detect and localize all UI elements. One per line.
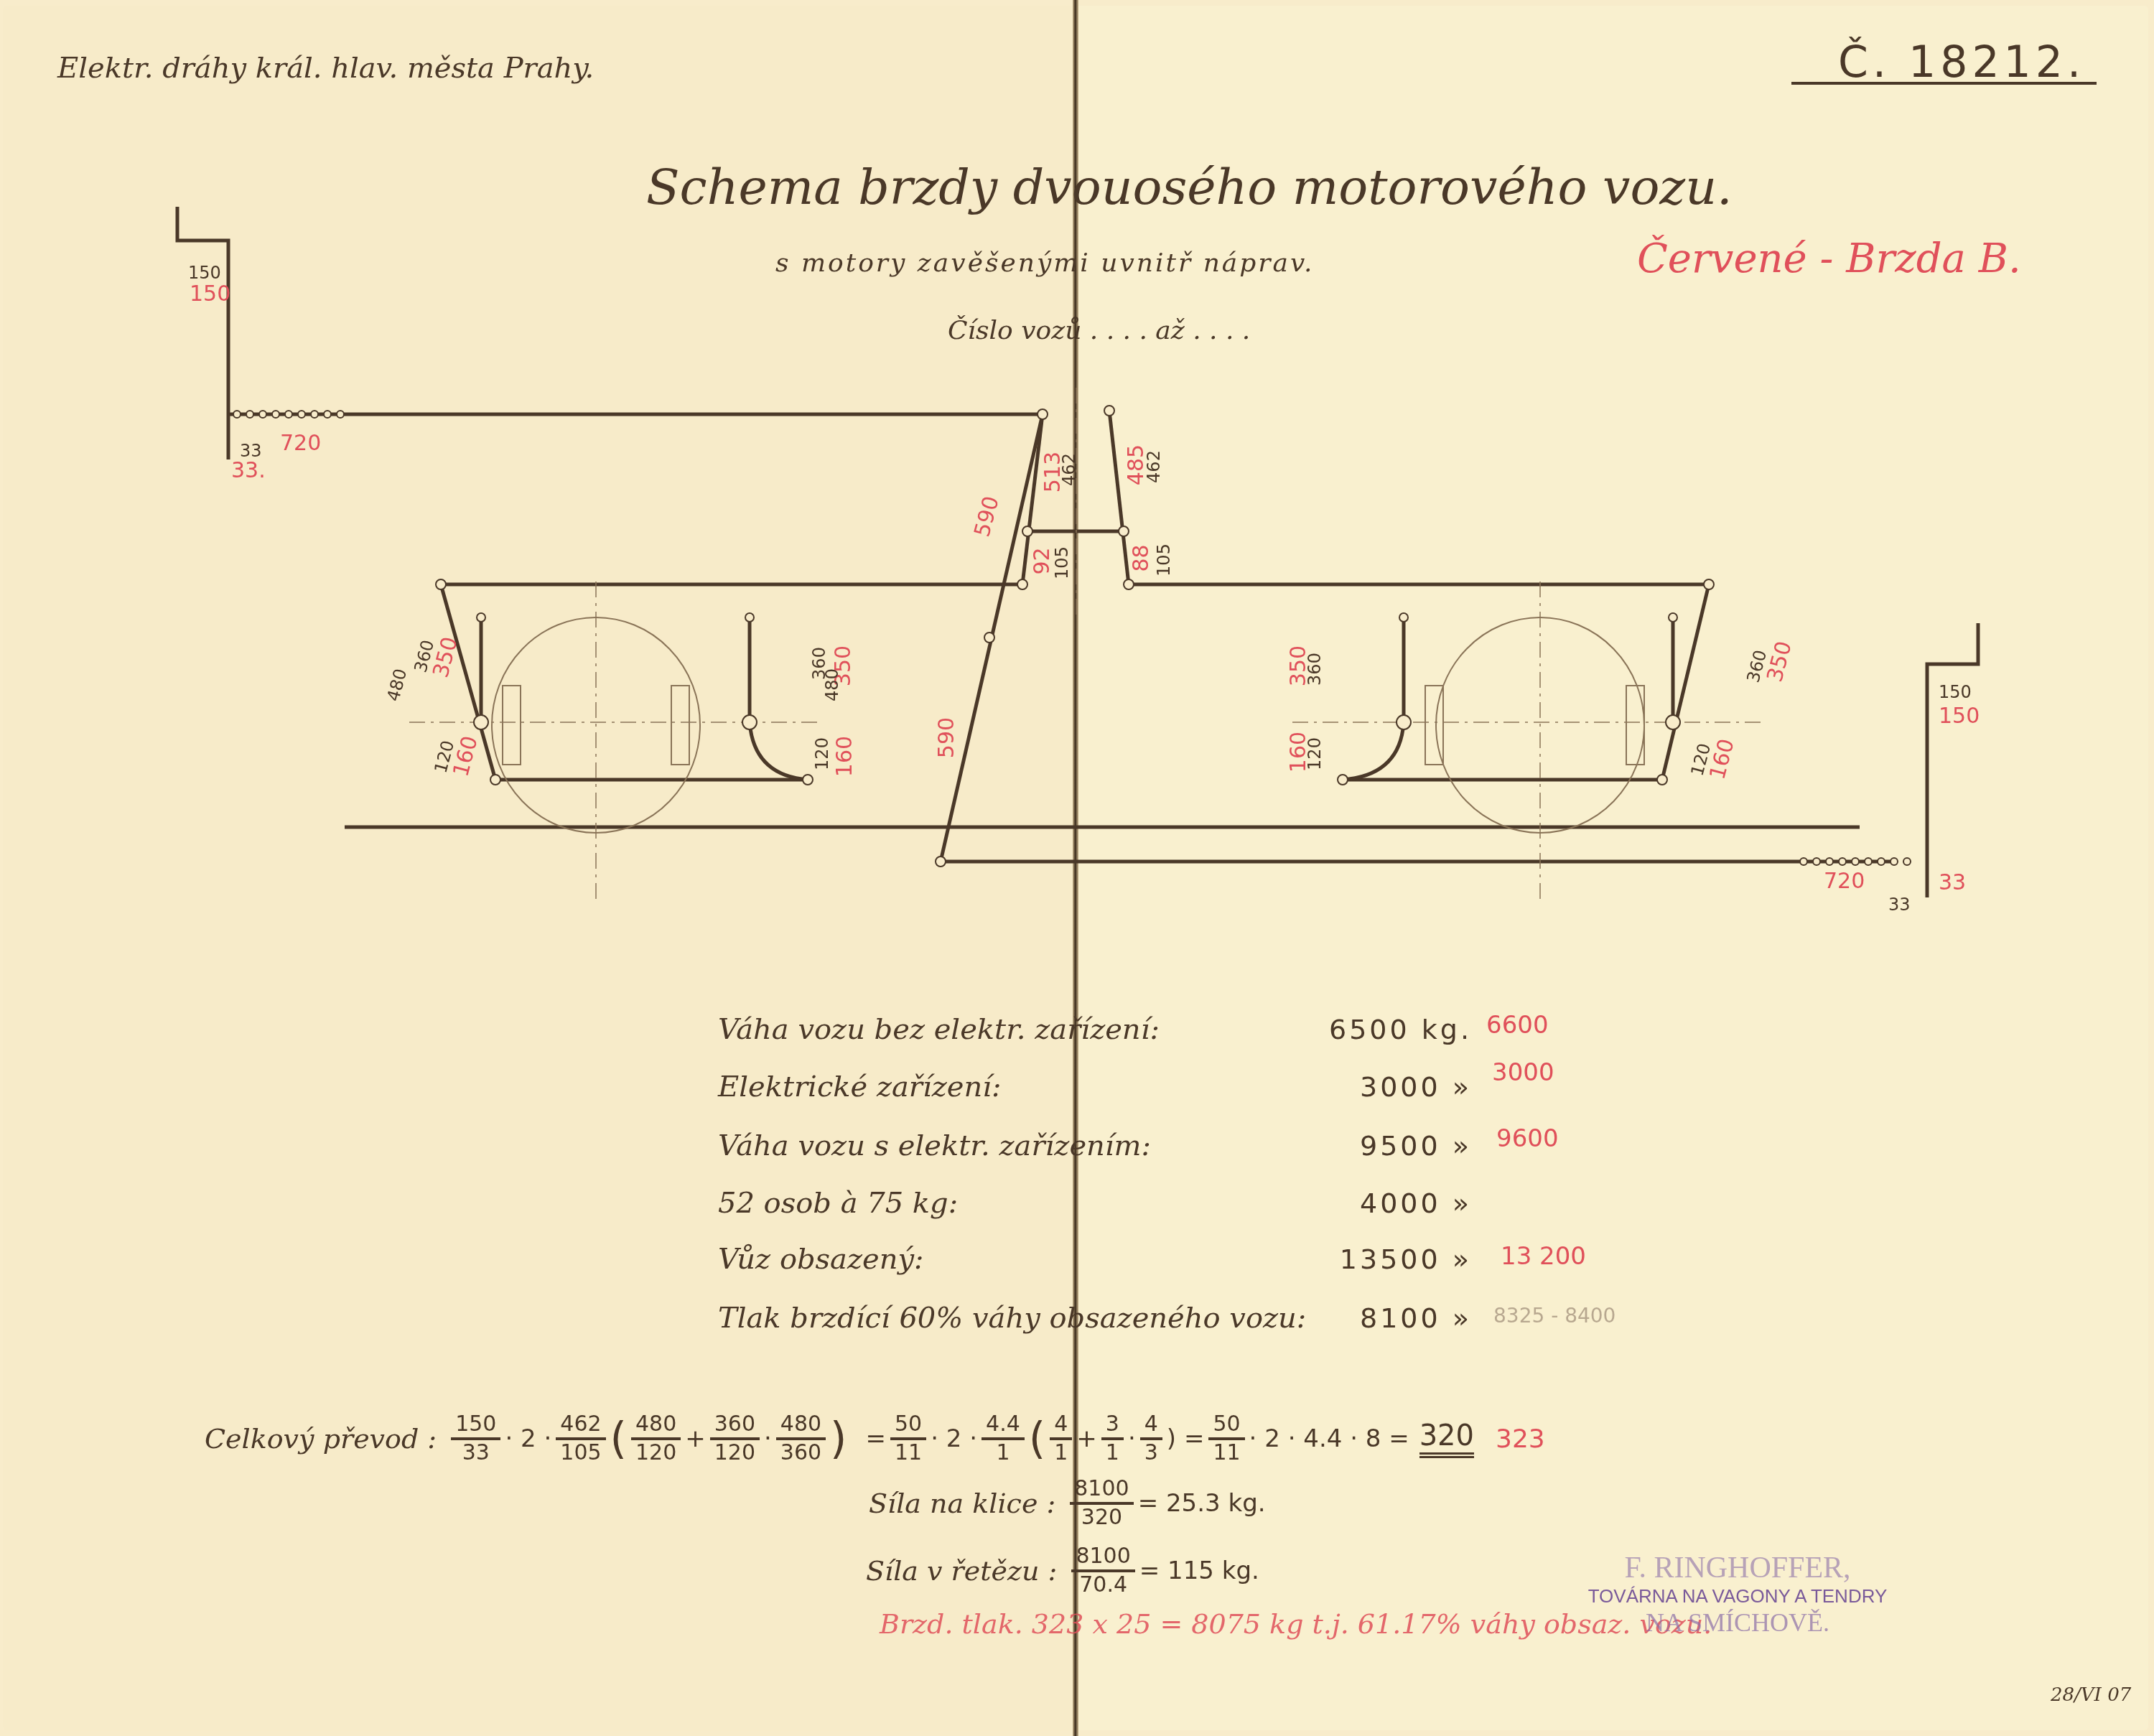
fraction: 810070.4 bbox=[1071, 1544, 1134, 1598]
weight-red-correction: 9600 bbox=[1496, 1124, 1559, 1153]
stamp-line-2: TOVÁRNA NA VAGONY A TENDRY bbox=[1551, 1585, 1924, 1607]
weight-row: Vůz obsazený:13500 » bbox=[718, 1238, 1472, 1281]
chain-force-equation: Síla v řetězu : 810070.4 = 115 kg. bbox=[866, 1544, 1259, 1598]
dim-left-lever: 150 bbox=[188, 263, 221, 283]
chain-force-result: = 115 kg. bbox=[1139, 1557, 1259, 1585]
dim-left-inner-total: 480 bbox=[822, 668, 842, 701]
stamp-line-1: F. RINGHOFFER, bbox=[1551, 1551, 1924, 1585]
fraction: 462105 bbox=[556, 1411, 605, 1466]
fraction: 480360 bbox=[776, 1411, 826, 1466]
weight-label: Elektrické zařízení: bbox=[718, 1070, 1002, 1103]
weight-value: 3000 » bbox=[1360, 1071, 1472, 1103]
dim-center-left-lower: 105 bbox=[1052, 546, 1072, 579]
fraction: 31 bbox=[1101, 1411, 1124, 1466]
dim-long-rod-red: 590 bbox=[934, 717, 959, 758]
dim-center-right-lower-red: 88 bbox=[1129, 544, 1154, 571]
weight-value: 8100 » bbox=[1360, 1302, 1472, 1334]
weight-red-correction: 13 200 bbox=[1501, 1242, 1586, 1271]
weight-row: Tlak brzdící 60% váhy obsazeného vozu:81… bbox=[718, 1297, 1472, 1340]
weight-label: Vůz obsazený: bbox=[718, 1243, 924, 1276]
total-ratio-red: 323 bbox=[1496, 1424, 1545, 1454]
dim-center-right-upper: 462 bbox=[1144, 450, 1164, 483]
weight-row: 52 osob à 75 kg:4000 » bbox=[718, 1182, 1472, 1225]
weight-row: Váha vozu bez elektr. zařízení:6500 kg. bbox=[718, 1008, 1472, 1051]
operator: ) bbox=[830, 1414, 847, 1464]
operator: · 2 · bbox=[505, 1424, 551, 1453]
fraction: 360120 bbox=[710, 1411, 760, 1466]
fraction: 5011 bbox=[1208, 1411, 1244, 1466]
total-ratio-result: 320 bbox=[1419, 1419, 1474, 1458]
dim-right-lever-red: 150 bbox=[1939, 704, 1980, 729]
dim-left-chain-offset-red: 33. bbox=[231, 458, 266, 483]
handle-force-result: = 25.3 kg. bbox=[1138, 1489, 1266, 1518]
weight-pencil-correction: 8325 - 8400 bbox=[1493, 1304, 1615, 1327]
dim-right-inner-upper: 360 bbox=[1305, 653, 1325, 686]
dim-left-inner-lower-red: 160 bbox=[832, 736, 857, 777]
manufacturer-stamp: F. RINGHOFFER, TOVÁRNA NA VAGONY A TENDR… bbox=[1551, 1551, 1924, 1638]
fraction: 480120 bbox=[631, 1411, 681, 1466]
weight-value: 4000 » bbox=[1360, 1187, 1472, 1219]
drawing-sheet: Elektr. dráhy král. hlav. města Prahy. Č… bbox=[0, 0, 2154, 1736]
stamp-line-3: NA SMÍCHOVĚ. bbox=[1551, 1607, 1924, 1638]
operator: ( bbox=[1029, 1414, 1045, 1464]
dim-center-right-lower: 105 bbox=[1154, 543, 1174, 577]
weight-label: Váha vozu bez elektr. zařízení: bbox=[718, 1013, 1160, 1046]
weight-value: 6500 kg. bbox=[1329, 1014, 1472, 1045]
fraction: 15033 bbox=[451, 1411, 500, 1466]
handle-force-equation: Síla na klice : 8100320 = 25.3 kg. bbox=[869, 1476, 1266, 1531]
fraction: 8100320 bbox=[1070, 1476, 1133, 1531]
operator: · 2 · bbox=[931, 1424, 977, 1453]
fraction: 41 bbox=[1050, 1411, 1072, 1466]
left-hand-lever bbox=[177, 207, 228, 459]
dim-left-chain-length-red: 720 bbox=[280, 431, 321, 456]
operator: = bbox=[866, 1424, 887, 1453]
dim-left-lever-red: 150 bbox=[190, 281, 230, 307]
dim-right-chain-length-red: 720 bbox=[1824, 869, 1865, 894]
weight-label: Váha vozu s elektr. zařízením: bbox=[718, 1129, 1151, 1162]
operator: ( bbox=[610, 1414, 627, 1464]
weight-value: 9500 » bbox=[1360, 1130, 1472, 1162]
weight-red-correction: 3000 bbox=[1492, 1058, 1554, 1087]
fraction: 4.41 bbox=[982, 1411, 1025, 1466]
chain-force-label: Síla v řetězu : bbox=[866, 1555, 1057, 1587]
fraction: 43 bbox=[1140, 1411, 1162, 1466]
weight-value: 13500 » bbox=[1340, 1243, 1472, 1275]
weight-row: Váha vozu s elektr. zařízením:9500 » bbox=[718, 1124, 1472, 1167]
weight-red-correction: 6600 bbox=[1486, 1011, 1549, 1040]
dim-right-lever: 150 bbox=[1939, 682, 1972, 702]
weight-label: 52 osob à 75 kg: bbox=[718, 1187, 958, 1220]
right-hand-lever bbox=[1927, 623, 1978, 897]
operator: + bbox=[685, 1424, 706, 1453]
handle-force-label: Síla na klice : bbox=[869, 1488, 1055, 1519]
operator: · bbox=[764, 1424, 772, 1453]
dim-right-chain-offset-red: 33 bbox=[1939, 870, 1966, 895]
dim-left-inner-lower: 120 bbox=[812, 737, 832, 770]
total-ratio-label: Celkový převod : bbox=[205, 1423, 437, 1455]
drawing-date: 28/VI 07 bbox=[2051, 1684, 2131, 1706]
operator: · bbox=[1128, 1424, 1136, 1453]
dim-right-chain-offset: 33 bbox=[1888, 895, 1911, 915]
operator: ) = bbox=[1167, 1424, 1205, 1453]
fraction: 5011 bbox=[890, 1411, 926, 1466]
operator: · 2 · 4.4 · 8 = bbox=[1249, 1424, 1409, 1453]
dim-center-left-upper: 462 bbox=[1059, 453, 1079, 486]
weight-row: Elektrické zařízení:3000 » bbox=[718, 1065, 1472, 1109]
total-ratio-equation: Celkový převod : 15033 · 2 · 462105 ( 48… bbox=[205, 1411, 1545, 1466]
dim-center-left-lower-red: 92 bbox=[1030, 547, 1055, 574]
operator: + bbox=[1076, 1424, 1097, 1453]
weight-label: Tlak brzdící 60% váhy obsazeného vozu: bbox=[718, 1302, 1306, 1335]
dim-right-inner-lower: 120 bbox=[1305, 737, 1325, 770]
